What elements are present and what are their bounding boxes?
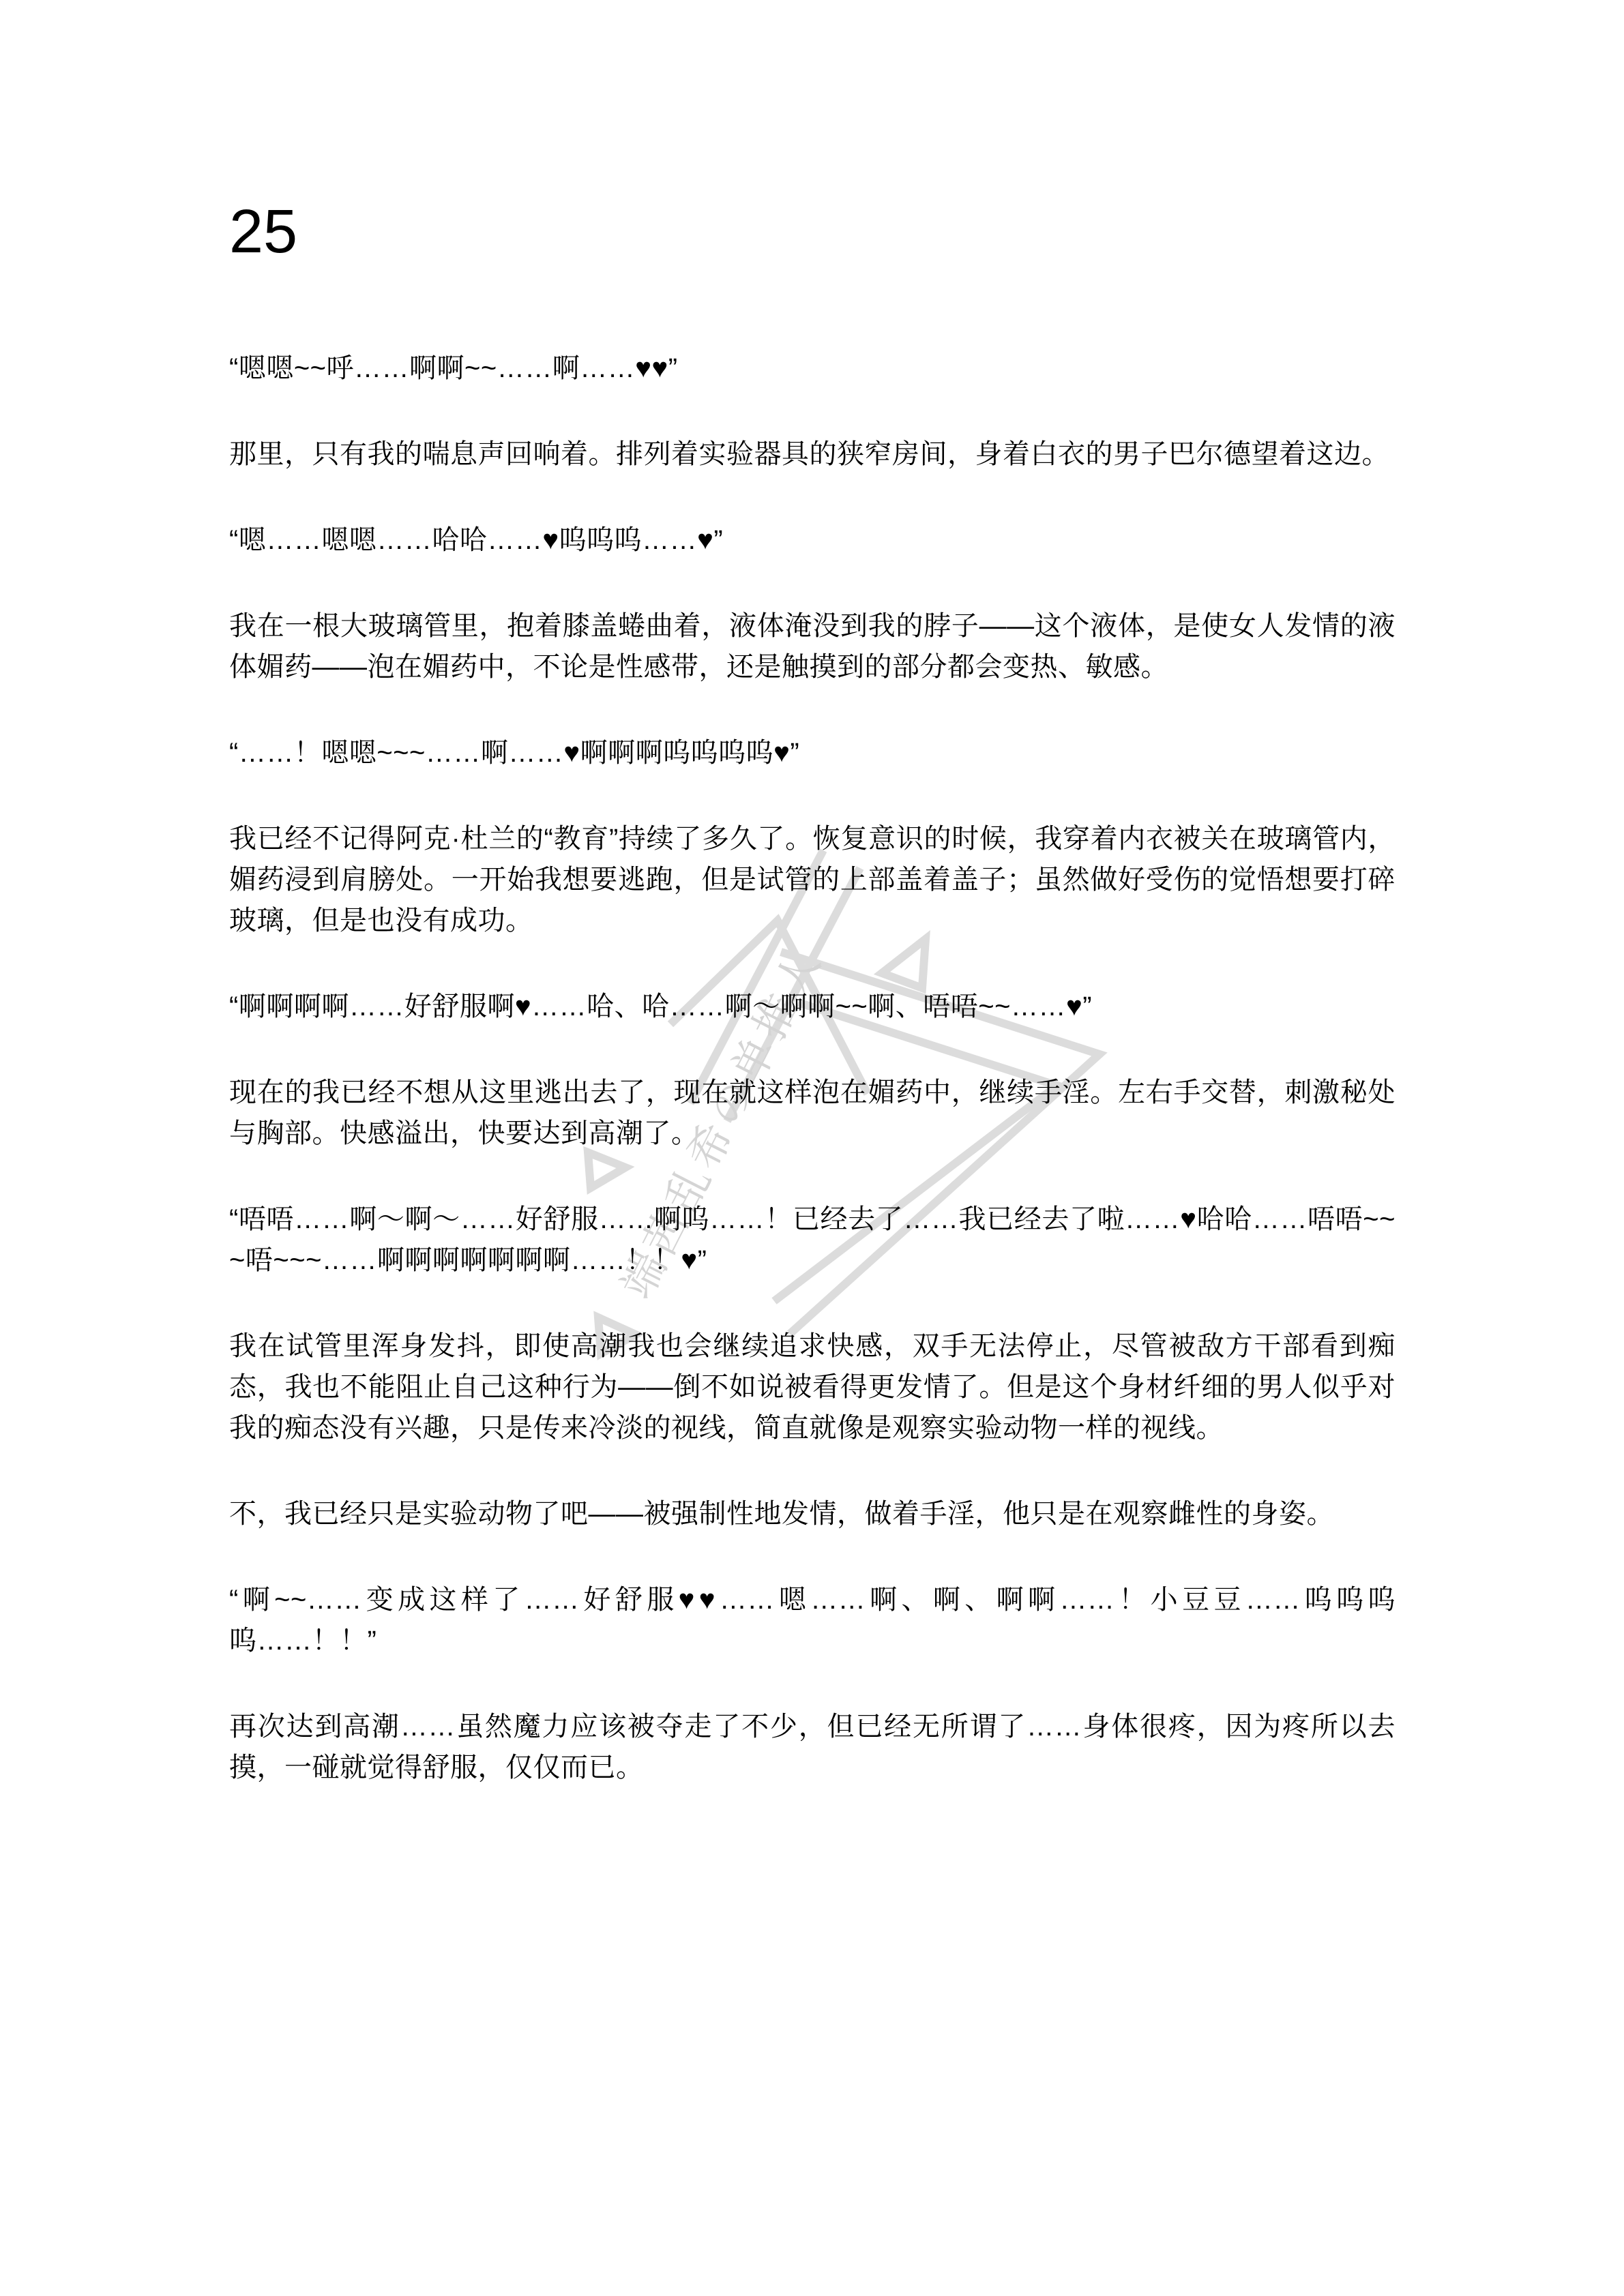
narration-paragraph: 我已经不记得阿克·杜兰的“教育”持续了多久了。恢复意识的时候，我穿着内衣被关在玻… [229,818,1396,941]
dialogue-line: “啊~~……变成这样了……好舒服♥♥……嗯……啊、啊、啊啊……！小豆豆……呜呜呜… [229,1579,1396,1661]
document-page: 端茜乱希の单推人 25 “嗯嗯~~呼……啊啊~~……啊……♥♥” 那里，只有我的… [0,0,1624,2296]
page-content: 25 “嗯嗯~~呼……啊啊~~……啊……♥♥” 那里，只有我的喘息声回响着。排列… [229,194,1396,1833]
narration-paragraph: 我在一根大玻璃管里，抱着膝盖蜷曲着，液体淹没到我的脖子——这个液体，是使女人发情… [229,606,1396,687]
dialogue-line: “……！嗯嗯~~~……啊……♥啊啊啊呜呜呜呜♥” [229,732,1396,773]
dialogue-line: “嗯……嗯嗯……哈哈……♥呜呜呜……♥” [229,520,1396,561]
narration-paragraph: 再次达到高潮……虽然魔力应该被夺走了不少，但已经无所谓了……身体很疼，因为疼所以… [229,1706,1396,1788]
dialogue-line: “嗯嗯~~呼……啊啊~~……啊……♥♥” [229,348,1396,389]
chapter-number-heading: 25 [229,194,1396,269]
dialogue-line: “啊啊啊啊……好舒服啊♥……哈、哈……啊～啊啊~~啊、唔唔~~……♥” [229,986,1396,1027]
narration-paragraph: 那里，只有我的喘息声回响着。排列着实验器具的狭窄房间，身着白衣的男子巴尔德望着这… [229,434,1396,475]
dialogue-line: “唔唔……啊～啊～……好舒服……啊呜……！已经去了……我已经去了啦……♥哈哈……… [229,1199,1396,1281]
narration-paragraph: 现在的我已经不想从这里逃出去了，现在就这样泡在媚药中，继续手淫。左右手交替，刺激… [229,1072,1396,1154]
narration-paragraph: 我在试管里浑身发抖，即使高潮我也会继续追求快感，双手无法停止，尽管被敌方干部看到… [229,1326,1396,1448]
narration-paragraph: 不，我已经只是实验动物了吧——被强制性地发情，做着手淫，他只是在观察雌性的身姿。 [229,1493,1396,1534]
